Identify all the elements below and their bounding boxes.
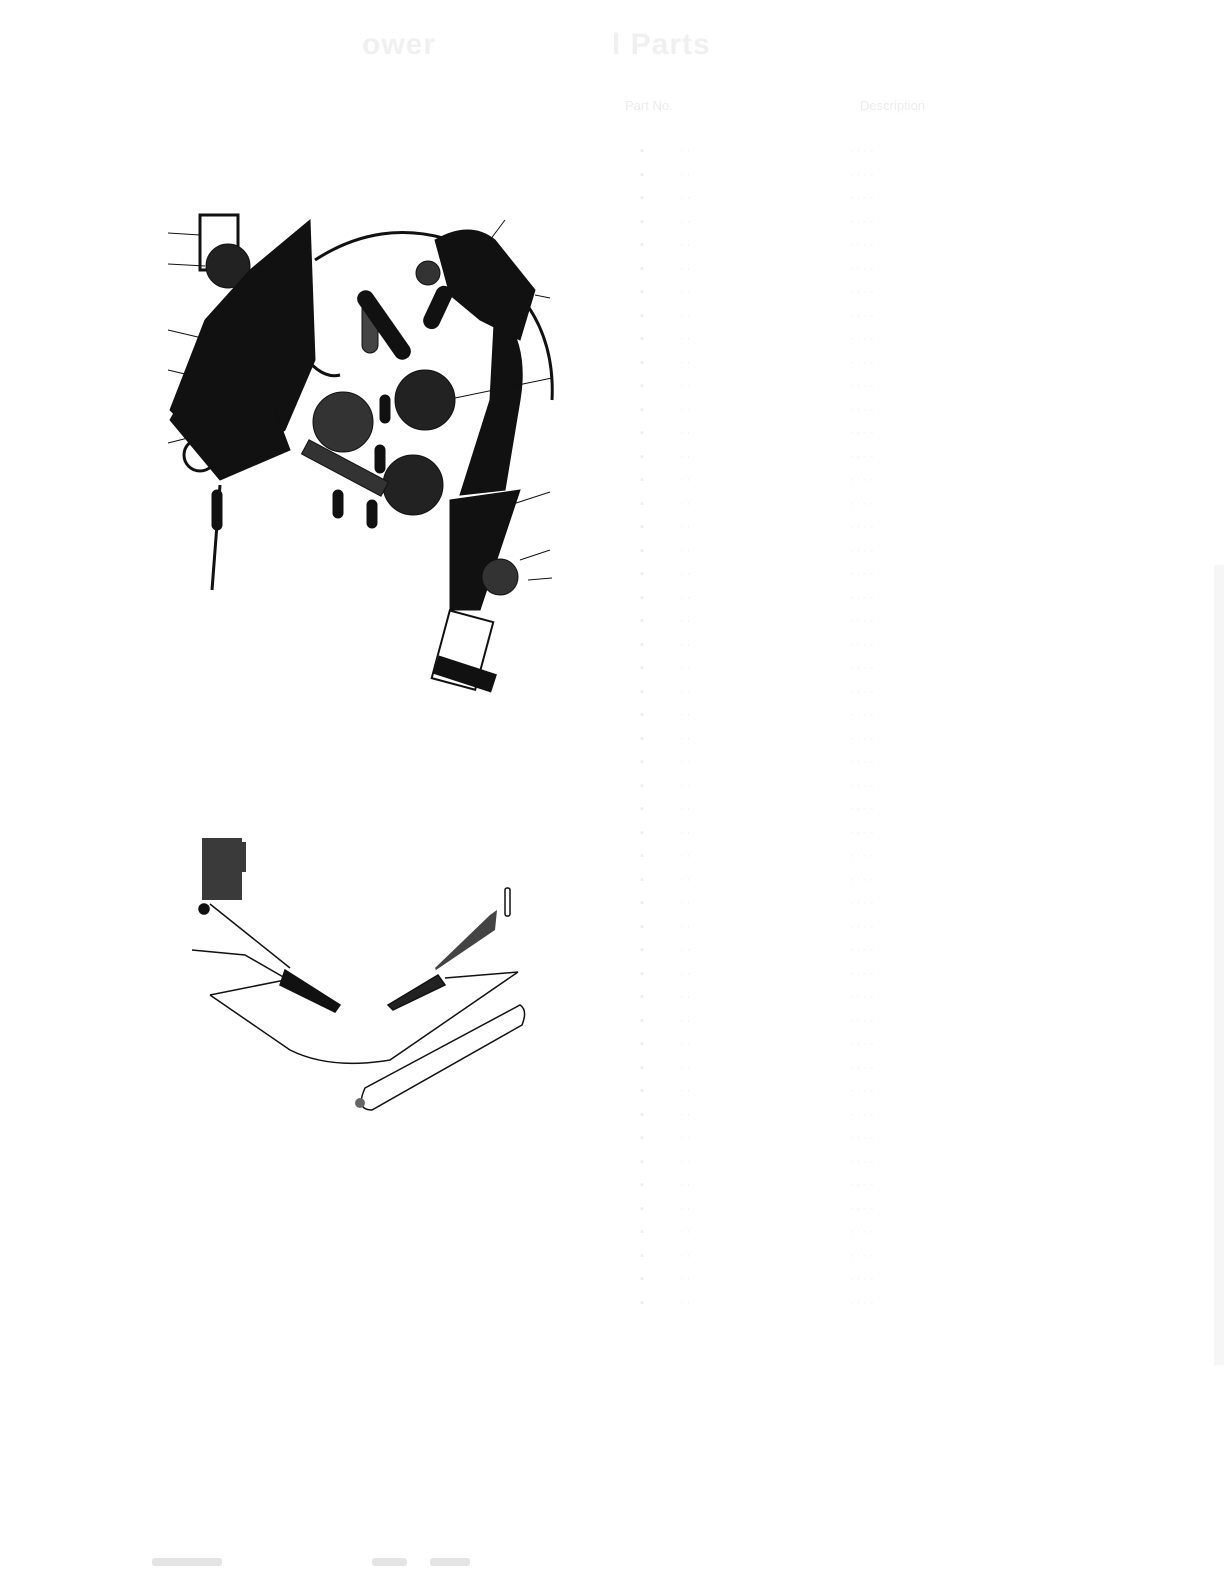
parts-list-cell-desc: · · · · bbox=[850, 216, 980, 240]
column-header-description: Description bbox=[860, 98, 925, 113]
parts-list-cell-num: ▪ bbox=[640, 827, 680, 851]
parts-list-cell-desc: · · · · bbox=[850, 545, 980, 569]
parts-list-row: ▪· ·· · · · bbox=[640, 333, 980, 357]
parts-list-cell-desc: · · · · bbox=[850, 850, 980, 874]
parts-list-cell-desc: · · · · bbox=[850, 451, 980, 475]
parts-list-row: ▪· ·· · · · bbox=[640, 239, 980, 263]
parts-list-cell-pn: · · bbox=[680, 850, 850, 874]
parts-list-row: ▪· ·· · · · bbox=[640, 803, 980, 827]
parts-list-cell-desc: · · · · bbox=[850, 944, 980, 968]
parts-list-cell-num: ▪ bbox=[640, 239, 680, 263]
parts-list-row: ▪· ·· · · · bbox=[640, 169, 980, 193]
parts-list-cell-num: ▪ bbox=[640, 451, 680, 475]
parts-list: ▪· ·· · · ·▪· ·· · · ·▪· ·· · · ·▪· ·· ·… bbox=[640, 145, 980, 1320]
parts-list-cell-pn: · · bbox=[680, 780, 850, 804]
parts-list-cell-desc: · · · · bbox=[850, 498, 980, 522]
parts-list-cell-desc: · · · · bbox=[850, 1156, 980, 1180]
parts-list-row: ▪· ·· · · · bbox=[640, 780, 980, 804]
column-header-part-no: Part No. bbox=[625, 98, 673, 113]
parts-list-row: ▪· ·· · · · bbox=[640, 1273, 980, 1297]
parts-list-cell-num: ▪ bbox=[640, 921, 680, 945]
parts-list-cell-pn: · · bbox=[680, 169, 850, 193]
parts-list-cell-pn: · · bbox=[680, 263, 850, 287]
parts-list-cell-num: ▪ bbox=[640, 686, 680, 710]
scan-smudge bbox=[430, 1558, 470, 1566]
parts-list-cell-desc: · · · · bbox=[850, 169, 980, 193]
parts-list-cell-num: ▪ bbox=[640, 263, 680, 287]
scan-smudge bbox=[372, 1558, 407, 1566]
parts-list-row: ▪· ·· · · · bbox=[640, 1132, 980, 1156]
parts-list-cell-num: ▪ bbox=[640, 1132, 680, 1156]
parts-list-cell-pn: · · bbox=[680, 521, 850, 545]
parts-list-row: ▪· ·· · · · bbox=[640, 1109, 980, 1133]
parts-list-cell-num: ▪ bbox=[640, 145, 680, 169]
parts-list-cell-pn: · · bbox=[680, 474, 850, 498]
parts-list-cell-num: ▪ bbox=[640, 968, 680, 992]
parts-list-row: ▪· ·· · · · bbox=[640, 827, 980, 851]
parts-list-row: ▪· ·· · · · bbox=[640, 216, 980, 240]
parts-list-cell-desc: · · · · bbox=[850, 145, 980, 169]
parts-list-cell-pn: · · bbox=[680, 968, 850, 992]
parts-list-cell-desc: · · · · bbox=[850, 662, 980, 686]
parts-list-cell-num: ▪ bbox=[640, 803, 680, 827]
page-title-left: ower bbox=[362, 28, 436, 62]
parts-list-row: ▪· ·· · · · bbox=[640, 709, 980, 733]
parts-list-cell-pn: · · bbox=[680, 451, 850, 475]
parts-list-row: ▪· ·· · · · bbox=[640, 380, 980, 404]
parts-list-cell-num: ▪ bbox=[640, 380, 680, 404]
parts-list-cell-pn: · · bbox=[680, 709, 850, 733]
parts-list-cell-pn: · · bbox=[680, 357, 850, 381]
parts-list-cell-num: ▪ bbox=[640, 545, 680, 569]
parts-list-cell-num: ▪ bbox=[640, 1015, 680, 1039]
parts-list-cell-desc: · · · · bbox=[850, 380, 980, 404]
parts-list-cell-pn: · · bbox=[680, 192, 850, 216]
parts-list-row: ▪· ·· · · · bbox=[640, 474, 980, 498]
parts-list-cell-desc: · · · · bbox=[850, 639, 980, 663]
parts-list-cell-pn: · · bbox=[680, 827, 850, 851]
parts-list-cell-pn: · · bbox=[680, 897, 850, 921]
parts-list-row: ▪· ·· · · · bbox=[640, 192, 980, 216]
scan-smudge bbox=[152, 1558, 222, 1566]
parts-list-cell-desc: · · · · bbox=[850, 615, 980, 639]
parts-list-row: ▪· ·· · · · bbox=[640, 145, 980, 169]
parts-list-cell-num: ▪ bbox=[640, 1062, 680, 1086]
parts-list-row: ▪· ·· · · · bbox=[640, 521, 980, 545]
parts-list-cell-desc: · · · · bbox=[850, 1015, 980, 1039]
parts-list-cell-desc: · · · · bbox=[850, 592, 980, 616]
parts-list-cell-num: ▪ bbox=[640, 1179, 680, 1203]
parts-list-cell-pn: · · bbox=[680, 1273, 850, 1297]
parts-list-cell-desc: · · · · bbox=[850, 333, 980, 357]
parts-list-cell-pn: · · bbox=[680, 1297, 850, 1321]
parts-list-cell-num: ▪ bbox=[640, 1156, 680, 1180]
parts-list-row: ▪· ·· · · · bbox=[640, 1085, 980, 1109]
parts-list-cell-desc: · · · · bbox=[850, 874, 980, 898]
parts-list-row: ▪· ·· · · · bbox=[640, 1226, 980, 1250]
parts-list-cell-desc: · · · · bbox=[850, 709, 980, 733]
parts-list-cell-pn: · · bbox=[680, 686, 850, 710]
parts-list-cell-desc: · · · · bbox=[850, 803, 980, 827]
parts-list-cell-desc: · · · · bbox=[850, 1132, 980, 1156]
parts-list-cell-desc: · · · · bbox=[850, 1038, 980, 1062]
parts-list-cell-pn: · · bbox=[680, 1156, 850, 1180]
parts-list-cell-num: ▪ bbox=[640, 944, 680, 968]
parts-list-row: ▪· ·· · · · bbox=[640, 756, 980, 780]
parts-list-cell-pn: · · bbox=[680, 592, 850, 616]
parts-list-cell-desc: · · · · bbox=[850, 686, 980, 710]
parts-list-cell-desc: · · · · bbox=[850, 968, 980, 992]
parts-list-row: ▪· ·· · · · bbox=[640, 662, 980, 686]
parts-list-cell-num: ▪ bbox=[640, 404, 680, 428]
parts-list-cell-pn: · · bbox=[680, 310, 850, 334]
parts-list-cell-desc: · · · · bbox=[850, 1297, 980, 1321]
parts-list-row: ▪· ·· · · · bbox=[640, 850, 980, 874]
parts-list-cell-desc: · · · · bbox=[850, 263, 980, 287]
parts-list-cell-desc: · · · · bbox=[850, 780, 980, 804]
parts-list-cell-pn: · · bbox=[680, 333, 850, 357]
parts-list-row: ▪· ·· · · · bbox=[640, 1179, 980, 1203]
parts-list-cell-pn: · · bbox=[680, 1062, 850, 1086]
parts-list-cell-desc: · · · · bbox=[850, 404, 980, 428]
parts-list-cell-desc: · · · · bbox=[850, 756, 980, 780]
parts-list-cell-pn: · · bbox=[680, 1038, 850, 1062]
parts-list-row: ▪· ·· · · · bbox=[640, 991, 980, 1015]
parts-list-cell-desc: · · · · bbox=[850, 1226, 980, 1250]
scan-edge-shadow bbox=[1214, 565, 1224, 1365]
parts-list-row: ▪· ·· · · · bbox=[640, 263, 980, 287]
parts-list-row: ▪· ·· · · · bbox=[640, 874, 980, 898]
parts-list-cell-desc: · · · · bbox=[850, 521, 980, 545]
parts-list-cell-num: ▪ bbox=[640, 709, 680, 733]
parts-list-cell-pn: · · bbox=[680, 145, 850, 169]
parts-list-row: ▪· ·· · · · bbox=[640, 427, 980, 451]
parts-list-cell-pn: · · bbox=[680, 944, 850, 968]
parts-list-cell-num: ▪ bbox=[640, 568, 680, 592]
parts-list-row: ▪· ·· · · · bbox=[640, 944, 980, 968]
parts-list-cell-pn: · · bbox=[680, 1109, 850, 1133]
parts-list-row: ▪· ·· · · · bbox=[640, 686, 980, 710]
parts-list-row: ▪· ·· · · · bbox=[640, 1062, 980, 1086]
parts-list-cell-desc: · · · · bbox=[850, 286, 980, 310]
parts-list-cell-num: ▪ bbox=[640, 498, 680, 522]
parts-list-cell-pn: · · bbox=[680, 545, 850, 569]
parts-list-cell-num: ▪ bbox=[640, 592, 680, 616]
parts-list-row: ▪· ·· · · · bbox=[640, 1156, 980, 1180]
parts-list-cell-num: ▪ bbox=[640, 780, 680, 804]
parts-list-row: ▪· ·· · · · bbox=[640, 451, 980, 475]
parts-list-cell-pn: · · bbox=[680, 615, 850, 639]
parts-list-cell-desc: · · · · bbox=[850, 1109, 980, 1133]
parts-list-cell-num: ▪ bbox=[640, 286, 680, 310]
parts-list-cell-pn: · · bbox=[680, 639, 850, 663]
parts-list-cell-pn: · · bbox=[680, 1085, 850, 1109]
upper-playfield-diagram bbox=[150, 200, 560, 740]
parts-list-cell-pn: · · bbox=[680, 239, 850, 263]
parts-list-cell-num: ▪ bbox=[640, 662, 680, 686]
parts-list-cell-desc: · · · · bbox=[850, 897, 980, 921]
parts-list-cell-desc: · · · · bbox=[850, 192, 980, 216]
parts-list-cell-num: ▪ bbox=[640, 1109, 680, 1133]
parts-list-cell-num: ▪ bbox=[640, 1250, 680, 1274]
parts-list-cell-desc: · · · · bbox=[850, 357, 980, 381]
parts-list-row: ▪· ·· · · · bbox=[640, 545, 980, 569]
parts-list-cell-pn: · · bbox=[680, 733, 850, 757]
parts-list-cell-num: ▪ bbox=[640, 850, 680, 874]
parts-list-cell-desc: · · · · bbox=[850, 427, 980, 451]
parts-list-cell-desc: · · · · bbox=[850, 1250, 980, 1274]
parts-list-row: ▪· ·· · · · bbox=[640, 404, 980, 428]
parts-list-cell-num: ▪ bbox=[640, 192, 680, 216]
parts-list-row: ▪· ·· · · · bbox=[640, 733, 980, 757]
parts-list-row: ▪· ·· · · · bbox=[640, 1297, 980, 1321]
parts-list-cell-num: ▪ bbox=[640, 1226, 680, 1250]
parts-list-cell-num: ▪ bbox=[640, 474, 680, 498]
parts-list-row: ▪· ·· · · · bbox=[640, 498, 980, 522]
parts-list-cell-pn: · · bbox=[680, 427, 850, 451]
parts-list-row: ▪· ·· · · · bbox=[640, 1038, 980, 1062]
parts-list-row: ▪· ·· · · · bbox=[640, 357, 980, 381]
parts-list-cell-num: ▪ bbox=[640, 756, 680, 780]
parts-list-cell-pn: · · bbox=[680, 568, 850, 592]
parts-list-cell-num: ▪ bbox=[640, 1297, 680, 1321]
page-title-right: l Parts bbox=[612, 28, 711, 62]
parts-list-cell-num: ▪ bbox=[640, 897, 680, 921]
parts-list-cell-num: ▪ bbox=[640, 1085, 680, 1109]
parts-list-row: ▪· ·· · · · bbox=[640, 1250, 980, 1274]
parts-list-cell-num: ▪ bbox=[640, 521, 680, 545]
parts-list-cell-desc: · · · · bbox=[850, 1179, 980, 1203]
parts-list-cell-pn: · · bbox=[680, 803, 850, 827]
parts-list-cell-desc: · · · · bbox=[850, 1062, 980, 1086]
parts-list-row: ▪· ·· · · · bbox=[640, 310, 980, 334]
parts-list-cell-pn: · · bbox=[680, 874, 850, 898]
parts-list-cell-pn: · · bbox=[680, 498, 850, 522]
parts-list-cell-desc: · · · · bbox=[850, 733, 980, 757]
parts-list-cell-num: ▪ bbox=[640, 427, 680, 451]
parts-list-cell-pn: · · bbox=[680, 921, 850, 945]
parts-list-cell-num: ▪ bbox=[640, 615, 680, 639]
lower-playfield-diagram bbox=[150, 820, 550, 1140]
parts-list-cell-num: ▪ bbox=[640, 639, 680, 663]
parts-list-cell-desc: · · · · bbox=[850, 991, 980, 1015]
parts-list-cell-desc: · · · · bbox=[850, 474, 980, 498]
parts-list-cell-num: ▪ bbox=[640, 216, 680, 240]
parts-list-row: ▪· ·· · · · bbox=[640, 568, 980, 592]
parts-list-cell-desc: · · · · bbox=[850, 921, 980, 945]
parts-list-cell-num: ▪ bbox=[640, 1203, 680, 1227]
parts-list-cell-pn: · · bbox=[680, 756, 850, 780]
parts-list-cell-pn: · · bbox=[680, 1250, 850, 1274]
parts-list-cell-num: ▪ bbox=[640, 333, 680, 357]
parts-list-row: ▪· ·· · · · bbox=[640, 921, 980, 945]
parts-list-cell-pn: · · bbox=[680, 286, 850, 310]
parts-list-cell-desc: · · · · bbox=[850, 1085, 980, 1109]
parts-list-cell-num: ▪ bbox=[640, 991, 680, 1015]
parts-list-cell-num: ▪ bbox=[640, 310, 680, 334]
parts-list-cell-desc: · · · · bbox=[850, 310, 980, 334]
parts-list-cell-pn: · · bbox=[680, 1179, 850, 1203]
parts-list-cell-num: ▪ bbox=[640, 1038, 680, 1062]
parts-list-cell-num: ▪ bbox=[640, 1273, 680, 1297]
parts-list-cell-desc: · · · · bbox=[850, 827, 980, 851]
parts-list-row: ▪· ·· · · · bbox=[640, 1015, 980, 1039]
parts-list-cell-num: ▪ bbox=[640, 874, 680, 898]
parts-list-row: ▪· ·· · · · bbox=[640, 592, 980, 616]
parts-list-cell-pn: · · bbox=[680, 662, 850, 686]
parts-list-cell-pn: · · bbox=[680, 380, 850, 404]
parts-list-cell-pn: · · bbox=[680, 1015, 850, 1039]
parts-list-cell-pn: · · bbox=[680, 1132, 850, 1156]
parts-list-cell-pn: · · bbox=[680, 1226, 850, 1250]
parts-list-cell-pn: · · bbox=[680, 216, 850, 240]
parts-list-cell-pn: · · bbox=[680, 1203, 850, 1227]
parts-list-row: ▪· ·· · · · bbox=[640, 968, 980, 992]
parts-list-cell-num: ▪ bbox=[640, 733, 680, 757]
parts-list-cell-num: ▪ bbox=[640, 169, 680, 193]
parts-list-cell-desc: · · · · bbox=[850, 568, 980, 592]
parts-list-cell-pn: · · bbox=[680, 991, 850, 1015]
parts-list-row: ▪· ·· · · · bbox=[640, 897, 980, 921]
parts-list-row: ▪· ·· · · · bbox=[640, 286, 980, 310]
parts-list-cell-num: ▪ bbox=[640, 357, 680, 381]
parts-list-cell-desc: · · · · bbox=[850, 239, 980, 263]
parts-list-row: ▪· ·· · · · bbox=[640, 639, 980, 663]
parts-list-row: ▪· ·· · · · bbox=[640, 1203, 980, 1227]
parts-list-cell-desc: · · · · bbox=[850, 1273, 980, 1297]
parts-list-row: ▪· ·· · · · bbox=[640, 615, 980, 639]
parts-list-cell-desc: · · · · bbox=[850, 1203, 980, 1227]
parts-list-cell-pn: · · bbox=[680, 404, 850, 428]
